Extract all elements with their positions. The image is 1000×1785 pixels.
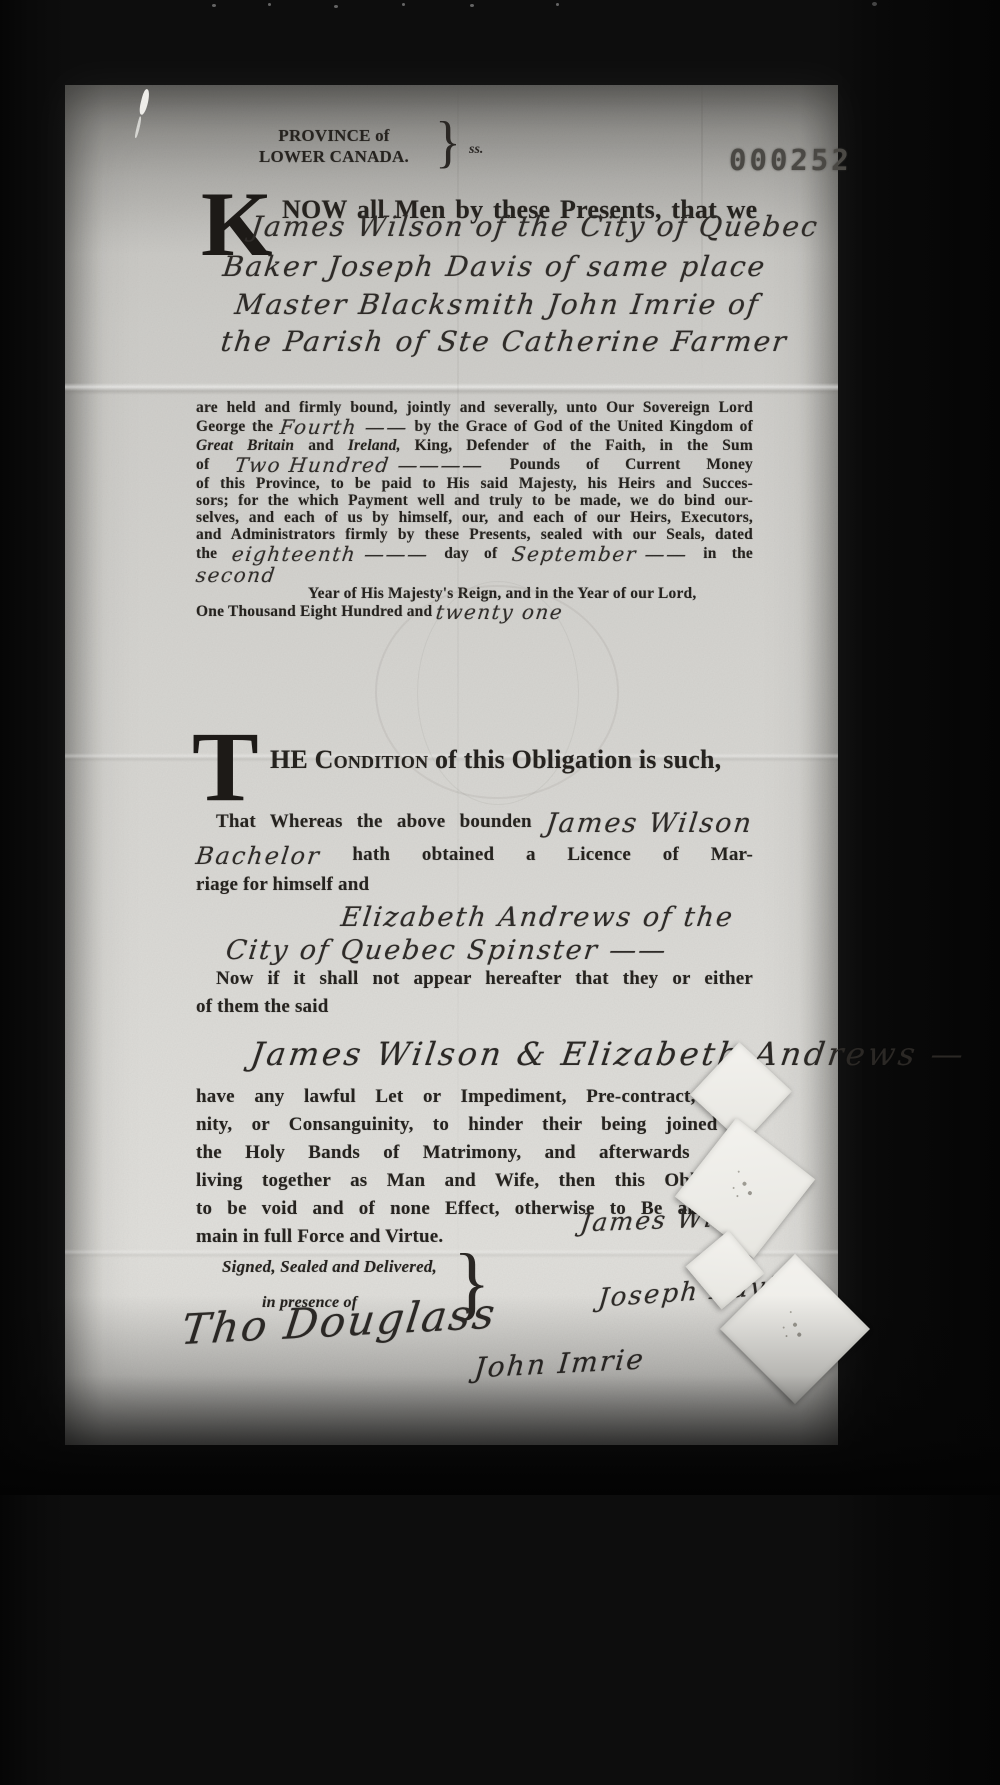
- scanned-document-page: PROVINCE of LOWER CANADA. } ss. 000252 K…: [0, 0, 1000, 1785]
- text-line: sors; for the which Payment well and tru…: [196, 492, 753, 509]
- handwritten-text: eighteenth ———: [231, 544, 430, 564]
- text-line: nity, or Consanguinity, to hinder their …: [196, 1111, 753, 1139]
- province-line1: PROVINCE of: [225, 125, 443, 146]
- province-line2: LOWER CANADA.: [225, 146, 443, 167]
- condition-heading-he: HE: [270, 745, 315, 774]
- printed-text: of this Province, to be paid to His said…: [196, 475, 753, 492]
- printed-text: of: [196, 456, 235, 473]
- text-line: have any lawful Let or Impediment, Pre-c…: [196, 1083, 753, 1111]
- seal-mottling: [742, 1181, 748, 1187]
- text-line: George the Fourth —— by the Grace of God…: [196, 416, 753, 437]
- handwritten-text: September ——: [511, 544, 689, 564]
- handwritten-text: Elizabeth Andrews of the: [339, 904, 735, 931]
- condition-heading: HE Condition of this Obligation is such,: [270, 745, 721, 775]
- printed-text: Pounds of Current Money: [484, 456, 753, 473]
- scan-artifact: [556, 3, 559, 6]
- handwritten-party-line: Master Blacksmith John Imrie of: [233, 290, 761, 320]
- handwritten-text: James Wilson: [544, 810, 754, 837]
- handwritten-text: Fourth ——: [279, 417, 410, 437]
- printed-text: One Thousand Eight Hundred and: [196, 603, 436, 620]
- printed-text: the Holy Bands of Matrimony, and afterwa…: [196, 1142, 753, 1163]
- serial-number-stamp: 000252: [728, 143, 852, 177]
- fold-crease: [65, 383, 838, 395]
- printed-text: riage for himself and: [196, 874, 369, 895]
- printed-text: of them the said: [196, 996, 329, 1017]
- text-line: selves, and each of us by himself, our, …: [196, 509, 753, 526]
- text-line: That Whereas the above bounden James Wil…: [196, 805, 753, 838]
- printed-text: selves, and each of us by himself, our, …: [196, 509, 753, 526]
- handwritten-party-line: James Wilson of the City of Quebec: [249, 212, 820, 242]
- text-line: Now if it shall not appear hereafter tha…: [196, 965, 753, 993]
- scan-artifact: [268, 3, 271, 6]
- condition-paragraph: That Whereas the above bounden James Wil…: [196, 805, 753, 1251]
- scan-artifact: [334, 5, 338, 8]
- dropcap-t: T: [192, 725, 259, 809]
- condition-heading-word: Condition: [315, 745, 429, 774]
- scan-artifact: [872, 2, 877, 6]
- handwritten-text: James Wilson & Elizabeth Andrews —: [249, 1038, 968, 1070]
- printed-text: living together as Man and Wife, then th…: [196, 1170, 753, 1191]
- handwritten-party-line: the Parish of Ste Catherine Farmer: [219, 327, 789, 357]
- printed-text: the: [196, 545, 232, 562]
- text-line: of them the said: [196, 993, 753, 1021]
- header-brace: }: [435, 109, 461, 174]
- text-line: Great Britain and Ireland, King, Defende…: [196, 437, 753, 454]
- printed-text: have any lawful Let or Impediment, Pre-c…: [196, 1086, 753, 1107]
- printed-text: Now if it shall not appear hereafter tha…: [216, 968, 753, 989]
- printed-text: Great Britain: [196, 437, 294, 454]
- handwritten-text: second: [195, 565, 277, 585]
- handwritten-text: Two Hundred ————: [234, 455, 485, 475]
- jurat-ss-label: ss.: [469, 142, 483, 158]
- text-line: are held and firmly bound, jointly and s…: [196, 399, 753, 416]
- text-line: James Wilson & Elizabeth Andrews —: [196, 1029, 753, 1079]
- printed-text: by the Grace of God of the United Kingdo…: [408, 418, 753, 435]
- printed-text: Ireland,: [348, 437, 401, 454]
- printed-text: hath obtained a Licence of Mar-: [321, 844, 753, 865]
- handwritten-text: City of Quebec Spinster ——: [224, 937, 669, 964]
- scan-shadow-fade: [0, 1295, 1000, 1495]
- text-line: living together as Man and Wife, then th…: [196, 1167, 753, 1195]
- printed-text: are held and firmly bound, jointly and s…: [196, 399, 753, 416]
- text-line: the eighteenth ——— day of September —— i…: [196, 543, 753, 585]
- printed-text: and: [294, 437, 348, 454]
- condition-heading-rest: of this Obligation is such,: [428, 745, 721, 774]
- printed-text: day of: [429, 545, 512, 562]
- printed-text: nity, or Consanguinity, to hinder their …: [196, 1114, 753, 1135]
- text-line: of this Province, to be paid to His said…: [196, 475, 753, 492]
- printed-text: main in full Force and Virtue.: [196, 1226, 443, 1247]
- scan-artifact: [212, 4, 216, 7]
- handwritten-text: Bachelor: [195, 844, 323, 868]
- printed-text: That Whereas the above bounden: [216, 811, 546, 832]
- printed-text: and Administrators firmly by these Prese…: [196, 526, 753, 543]
- text-line: riage for himself and: [196, 871, 753, 899]
- text-line: Bachelor hath obtained a Licence of Mar-: [196, 838, 753, 871]
- scan-artifact: [402, 3, 405, 6]
- text-line: and Administrators firmly by these Prese…: [196, 526, 753, 543]
- printed-text: George the: [196, 418, 280, 435]
- printed-text: sors; for the which Payment well and tru…: [196, 492, 753, 509]
- handwritten-party-line: Baker Joseph Davis of same place: [221, 252, 768, 282]
- text-line: City of Quebec Spinster ——: [196, 932, 753, 965]
- text-line: Elizabeth Andrews of the: [196, 899, 753, 932]
- printed-text: in the: [688, 545, 753, 562]
- printed-text: King, Defender of the Faith, in the Sum: [401, 437, 753, 454]
- province-label: PROVINCE of LOWER CANADA.: [225, 125, 443, 167]
- text-line: of Two Hundred ———— Pounds of Current Mo…: [196, 454, 753, 475]
- attestation-line1: Signed, Sealed and Delivered,: [222, 1257, 437, 1277]
- scan-artifact: [470, 4, 474, 7]
- text-line: the Holy Bands of Matrimony, and afterwa…: [196, 1139, 753, 1167]
